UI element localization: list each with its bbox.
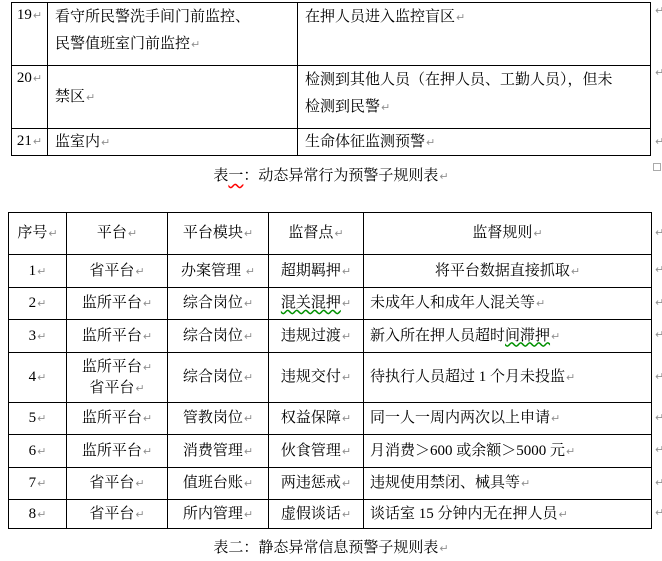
rule-text: 检测到其他人员（在押人员、工勤人员），但未 [305,72,613,88]
paragraph-mark-icon: ↵ [101,136,110,149]
cell-seq: 1↵ [9,255,67,288]
table-row: 7↵ 省平台↵ 值班台账↵ 两违惩戒↵ 违规使用禁闭、械具等↵ [9,468,652,500]
end-of-row-mark-icon: ↵ [655,226,662,240]
paragraph-mark-icon: ↵ [566,445,575,458]
cell-point: 违规交付↵ [269,353,364,403]
point-text: 伙食管理 [281,443,341,459]
row-number: 21 [17,133,32,149]
paragraph-mark-icon: ↵ [143,361,152,374]
rule-text: 同一人一周内两次以上申请 [370,410,550,426]
paragraph-mark-icon: ↵ [33,9,42,22]
paragraph-mark-icon: ↵ [143,330,152,343]
cell-rule: 未成年人和成年人混关等↵ [364,288,652,320]
paragraph-mark-icon: ↵ [135,508,144,521]
cell-point: 超期羁押↵ [269,255,364,288]
end-of-row-mark-icon: ↵ [655,296,662,310]
cell-platform: 监所平台↵ [67,288,168,320]
paragraph-mark-icon: ↵ [143,412,152,425]
paragraph-mark-icon: ↵ [37,445,46,458]
cell-location: 看守所民警洗手间门前监控、民警值班室门前监控↵ [48,3,298,66]
static-alert-rules-table: 序号↵ 平台↵ 平台模块↵ 监督点↵ 监督规则↵ 1↵ 省平台↵ 办案管理 ↵ … [8,212,652,529]
location-text: 禁区 [55,89,85,105]
platform-text: 监所平台 [82,359,142,375]
cell-rule: 新入所在押人员超时间滞押↵ [364,320,652,353]
module-text: 综合岗位 [183,369,243,385]
paragraph-mark-icon: ↵ [143,445,152,458]
table-header-row: 序号↵ 平台↵ 平台模块↵ 监督点↵ 监督规则↵ [9,213,652,255]
header-text: 监督规则 [472,225,532,241]
row-number: 5 [29,410,37,426]
end-of-row-mark-icon: ↵ [655,66,662,80]
cell-point: 违规过渡↵ [269,320,364,353]
header-text: 平台模块 [183,225,243,241]
cell-point: 混关混押↵ [269,288,364,320]
row-number: 2 [29,295,37,311]
caption-text: 表 [213,168,228,184]
paragraph-mark-icon: ↵ [551,330,560,343]
module-text: 综合岗位 [183,328,243,344]
end-of-row-mark-icon: ↵ [655,135,662,149]
module-text: 管教岗位 [183,410,243,426]
paragraph-mark-icon: ↵ [342,412,351,425]
paragraph-mark-icon: ↵ [33,135,42,148]
cell-module: 值班台账↵ [168,468,269,500]
paragraph-mark-icon: ↵ [143,297,152,310]
paragraph-mark-icon: ↵ [456,11,465,24]
paragraph-mark-icon: ↵ [37,330,46,343]
cell-seq: 8↵ [9,500,67,529]
paragraph-mark-icon: ↵ [135,477,144,490]
paragraph-mark-icon: ↵ [342,297,351,310]
rule-text: 月消费＞600 或余额＞5000 元 [370,443,565,459]
table2-caption: 表二：静态异常信息预警子规则表↵ [0,538,662,559]
cell-seq: 4↵ [9,353,67,403]
paragraph-mark-icon: ↵ [37,477,46,490]
cell-seq: 20↵ [12,66,48,129]
caption-text: 表二：静态异常信息预警子规则表 [213,540,438,556]
row-number: 7 [29,475,37,491]
point-text: 超期羁押 [281,263,341,279]
end-of-row-mark-icon: ↵ [655,263,662,277]
cell-rule: 待执行人员超过 1 个月未投监↵ [364,353,652,403]
row-number: 1 [29,263,37,279]
table-row: 6↵ 监所平台↵ 消费管理↵ 伙食管理↵ 月消费＞600 或余额＞5000 元↵ [9,435,652,468]
cell-point: 虚假谈话↵ [269,500,364,529]
table-row: 5↵ 监所平台↵ 管教岗位↵ 权益保障↵ 同一人一周内两次以上申请↵ [9,403,652,435]
cell-module: 综合岗位↵ [168,288,269,320]
cell-platform: 省平台↵ [67,500,168,529]
cell-seq: 21↵ [12,129,48,156]
row-number: 20 [17,70,32,86]
header-point: 监督点↵ [269,213,364,255]
row-number: 19 [17,7,32,23]
header-seq: 序号↵ [9,213,67,255]
end-of-row-mark-icon: ↵ [655,411,662,425]
cell-point: 伙食管理↵ [269,435,364,468]
paragraph-mark-icon: ↵ [246,265,255,278]
header-text: 序号 [17,225,47,241]
module-text: 值班台账 [183,475,243,491]
platform-text: 省平台 [89,506,134,522]
paragraph-mark-icon: ↵ [244,412,253,425]
paragraph-mark-icon: ↵ [33,72,42,85]
cell-platform: 省平台↵ [67,468,168,500]
rule-text: 新入所在押人员超时 [370,328,505,344]
cell-location: 禁区↵ [48,66,298,129]
table-row: 20↵ 禁区↵ 检测到其他人员（在押人员、工勤人员），但未检测到民警↵ [12,66,651,129]
cell-module: 所内管理↵ [168,500,269,529]
point-text: 违规过渡 [281,328,341,344]
cell-module: 消费管理↵ [168,435,269,468]
paragraph-mark-icon: ↵ [37,508,46,521]
cell-platform: 监所平台↵ [67,435,168,468]
paragraph-mark-icon: ↵ [439,170,448,183]
cell-seq: 7↵ [9,468,67,500]
row-number: 3 [29,328,37,344]
paragraph-mark-icon: ↵ [244,227,253,240]
paragraph-mark-icon: ↵ [551,412,560,425]
cell-platform: 监所平台↵ [67,403,168,435]
end-of-row-mark-icon: ↵ [655,476,662,490]
row-number: 8 [29,506,37,522]
cell-module: 综合岗位↵ [168,353,269,403]
header-module: 平台模块↵ [168,213,269,255]
caption-text: ：动态异常行为预警子规则表 [243,168,438,184]
table-row: 21↵ 监室内↵ 生命体征监测预警↵ [12,129,651,156]
header-rule: 监督规则↵ [364,213,652,255]
paragraph-mark-icon: ↵ [342,265,351,278]
paragraph-mark-icon: ↵ [244,330,253,343]
rule-text: 在押人员进入监控盲区 [305,9,455,25]
paragraph-mark-icon: ↵ [191,38,200,51]
platform-text: 省平台 [89,263,134,279]
point-text: 权益保障 [281,410,341,426]
platform-text: 监所平台 [82,328,142,344]
caption-text-spellcheck-flagged: 一 [228,168,243,184]
paragraph-mark-icon: ↵ [244,297,253,310]
table-row: 3↵ 监所平台↵ 综合岗位↵ 违规过渡↵ 新入所在押人员超时间滞押↵ [9,320,652,353]
end-of-row-mark-icon: ↵ [655,506,662,520]
paragraph-mark-icon: ↵ [426,136,435,149]
cell-seq: 19↵ [12,3,48,66]
paragraph-mark-icon: ↵ [566,371,575,384]
cell-rule: 将平台数据直接抓取↵ [364,255,652,288]
table-row: 1↵ 省平台↵ 办案管理 ↵ 超期羁押↵ 将平台数据直接抓取↵ [9,255,652,288]
end-of-row-mark-icon: ↵ [655,328,662,342]
table-row: 19↵ 看守所民警洗手间门前监控、民警值班室门前监控↵ 在押人员进入监控盲区↵ [12,3,651,66]
rule-text: 未成年人和成年人混关等 [370,295,535,311]
end-of-row-mark-icon: ↵ [655,4,662,18]
module-text: 所内管理 [183,506,243,522]
module-text: 消费管理 [183,443,243,459]
row-number: 6 [29,443,37,459]
point-text: 违规交付 [281,369,341,385]
paragraph-mark-icon: ↵ [48,227,57,240]
header-text: 监督点 [288,225,333,241]
paragraph-mark-icon: ↵ [37,371,46,384]
point-text: 虚假谈话 [281,506,341,522]
paragraph-mark-icon: ↵ [334,227,343,240]
table-row: 8↵ 省平台↵ 所内管理↵ 虚假谈话↵ 谈话室 15 分钟内无在押人员↵ [9,500,652,529]
cell-module: 办案管理 ↵ [168,255,269,288]
location-text: 民警值班室门前监控 [55,36,190,52]
cell-location: 监室内↵ [48,129,298,156]
table-row: 4↵ 监所平台↵省平台↵ 综合岗位↵ 违规交付↵ 待执行人员超过 1 个月未投监… [9,353,652,403]
cell-rule: 检测到其他人员（在押人员、工勤人员），但未检测到民警↵ [298,66,651,129]
paragraph-mark-icon: ↵ [244,508,253,521]
dynamic-alert-rules-table: 19↵ 看守所民警洗手间门前监控、民警值班室门前监控↵ 在押人员进入监控盲区↵ … [11,2,651,156]
row-number: 4 [29,369,37,385]
paragraph-mark-icon: ↵ [244,371,253,384]
cell-rule: 违规使用禁闭、械具等↵ [364,468,652,500]
paragraph-mark-icon: ↵ [135,265,144,278]
cell-rule: 在押人员进入监控盲区↵ [298,3,651,66]
paragraph-mark-icon: ↵ [128,227,137,240]
paragraph-mark-icon: ↵ [571,265,580,278]
point-text: 两违惩戒 [281,475,341,491]
cell-rule: 谈话室 15 分钟内无在押人员↵ [364,500,652,529]
end-of-row-mark-icon: ↵ [655,443,662,457]
cell-rule: 生命体征监测预警↵ [298,129,651,156]
platform-text: 监所平台 [82,295,142,311]
paragraph-mark-icon: ↵ [342,371,351,384]
paragraph-mark-icon: ↵ [559,508,568,521]
cell-platform: 监所平台↵省平台↵ [67,353,168,403]
rule-text-grammar-flagged: 间滞押 [505,328,550,344]
cell-seq: 3↵ [9,320,67,353]
cell-module: 综合岗位↵ [168,320,269,353]
paragraph-mark-icon: ↵ [342,477,351,490]
rule-text: 违规使用禁闭、械具等 [370,475,520,491]
cell-platform: 监所平台↵ [67,320,168,353]
cell-point: 权益保障↵ [269,403,364,435]
paragraph-mark-icon: ↵ [135,382,144,395]
paragraph-mark-icon: ↵ [37,265,46,278]
location-text: 监室内 [55,134,100,150]
platform-text: 监所平台 [82,410,142,426]
header-text: 平台 [97,225,127,241]
paragraph-mark-icon: ↵ [381,101,390,114]
location-text: 看守所民警洗手间门前监控、 [55,9,250,25]
table1-caption: 表一：动态异常行为预警子规则表↵ [0,166,662,187]
paragraph-mark-icon: ↵ [342,508,351,521]
rule-text: 谈话室 15 分钟内无在押人员 [370,506,558,522]
rule-text: 检测到民警 [305,99,380,115]
paragraph-mark-icon: ↵ [86,91,95,104]
paragraph-mark-icon: ↵ [521,477,530,490]
cell-platform: 省平台↵ [67,255,168,288]
cell-rule: 月消费＞600 或余额＞5000 元↵ [364,435,652,468]
table-row: 2↵ 监所平台↵ 综合岗位↵ 混关混押↵ 未成年人和成年人混关等↵ [9,288,652,320]
document-page: { "icons": { "paragraph_mark": "↵" }, "c… [0,0,662,561]
cell-rule: 同一人一周内两次以上申请↵ [364,403,652,435]
platform-text: 省平台 [89,380,134,396]
end-of-row-mark-icon: ↵ [655,370,662,384]
paragraph-mark-icon: ↵ [536,297,545,310]
module-text: 办案管理 [181,263,245,279]
cell-seq: 6↵ [9,435,67,468]
rule-text: 将平台数据直接抓取 [435,263,570,279]
paragraph-mark-icon: ↵ [37,412,46,425]
paragraph-mark-icon: ↵ [342,445,351,458]
platform-text: 监所平台 [82,443,142,459]
paragraph-mark-icon: ↵ [244,477,253,490]
cell-seq: 2↵ [9,288,67,320]
rule-text: 生命体征监测预警 [305,134,425,150]
paragraph-mark-icon: ↵ [37,297,46,310]
cell-module: 管教岗位↵ [168,403,269,435]
platform-text: 省平台 [89,475,134,491]
paragraph-mark-icon: ↵ [342,330,351,343]
paragraph-mark-icon: ↵ [533,227,542,240]
paragraph-mark-icon: ↵ [439,542,448,555]
cell-point: 两违惩戒↵ [269,468,364,500]
point-text-grammar-flagged: 混关混押 [281,295,341,311]
rule-text: 待执行人员超过 1 个月未投监 [370,369,565,385]
header-platform: 平台↵ [67,213,168,255]
cell-seq: 5↵ [9,403,67,435]
paragraph-mark-icon: ↵ [244,445,253,458]
module-text: 综合岗位 [183,295,243,311]
